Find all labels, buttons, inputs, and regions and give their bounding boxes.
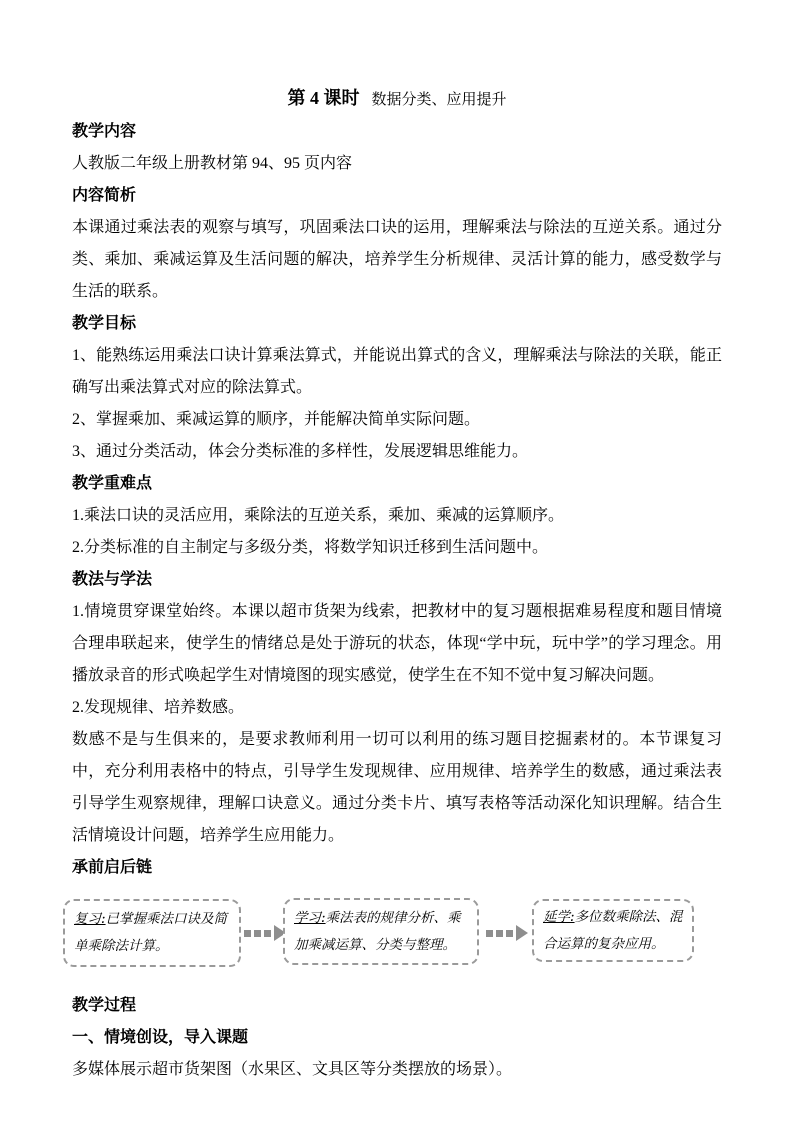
subsection-heading-situation-intro: 一、情境创设，导入课题 [72,1022,722,1054]
paragraph-method-3: 数感不是与生俱来的，是要求教师利用一切可以利用的练习题目挖掘素材的。本节课复习中… [72,724,722,852]
flow-box-label: 复习: [74,911,106,927]
paragraph-goal-1: 1、能熟练运用乘法口诀计算乘法算式，并能说出算式的含义，理解乘法与除法的关联，能… [72,340,722,404]
section-heading-teaching-goals: 教学目标 [72,308,722,340]
lesson-title: 第 4 课时数据分类、应用提升 [72,82,722,116]
flow-box-review: 复习:已掌握乘法口诀及简单乘除法计算。 [63,899,241,967]
flow-box-learn-text: 学习:乘法表的规律分析、乘加乘减运算、分类与整理。 [294,905,468,959]
section-heading-process: 教学过程 [72,990,722,1022]
flow-chain-diagram: 复习:已掌握乘法口诀及简单乘除法计算。 学习:乘法表的规律分析、乘加乘减运算、分… [72,897,722,967]
flow-box-learn: 学习:乘法表的规律分析、乘加乘减运算、分类与整理。 [283,898,479,965]
section-heading-chain: 承前启后链 [72,852,722,884]
paragraph-difficulty-1: 1.乘法口诀的灵活应用，乘除法的互逆关系，乘加、乘减的运算顺序。 [72,500,722,532]
flow-box-extend: 延学:多位数乘除法、混合运算的复杂应用。 [532,899,694,962]
paragraph-method-2: 2.发现规律、培养数感。 [72,692,722,724]
section-heading-methods: 教法与学法 [72,564,722,596]
paragraph-difficulty-2: 2.分类标准的自主制定与多级分类，将数学知识迁移到生活问题中。 [72,532,722,564]
lesson-title-main: 第 4 课时 [287,88,359,108]
flow-box-review-text: 复习:已掌握乘法口诀及简单乘除法计算。 [74,906,230,960]
section-heading-key-difficulties: 教学重难点 [72,468,722,500]
section-heading-content-analysis: 内容简析 [72,180,722,212]
dashed-arrow-icon [486,925,528,941]
paragraph-goal-3: 3、通过分类活动，体会分类标准的多样性，发展逻辑思维能力。 [72,436,722,468]
paragraph-process-intro: 多媒体展示超市货架图（水果区、文具区等分类摆放的场景）。 [72,1054,722,1086]
flow-box-label: 延学: [543,909,575,925]
paragraph-goal-2: 2、掌握乘加、乘减运算的顺序，并能解决简单实际问题。 [72,404,722,436]
dashed-arrow-icon [244,925,286,941]
document-page: 第 4 课时数据分类、应用提升 教学内容 人教版二年级上册教材第 94、95 页… [0,0,794,1086]
paragraph-method-1: 1.情境贯穿课堂始终。本课以超市货架为线索，把教材中的复习题根据难易程度和题目情… [72,596,722,692]
flow-box-label: 学习: [294,910,326,926]
flow-box-extend-text: 延学:多位数乘除法、混合运算的复杂应用。 [543,904,683,958]
section-heading-teaching-content: 教学内容 [72,116,722,148]
paragraph-content-analysis: 本课通过乘法表的观察与填写，巩固乘法口诀的运用，理解乘法与除法的互逆关系。通过分… [72,212,722,308]
lesson-title-sub: 数据分类、应用提升 [371,91,506,108]
paragraph-teaching-content: 人教版二年级上册教材第 94、95 页内容 [72,148,722,180]
